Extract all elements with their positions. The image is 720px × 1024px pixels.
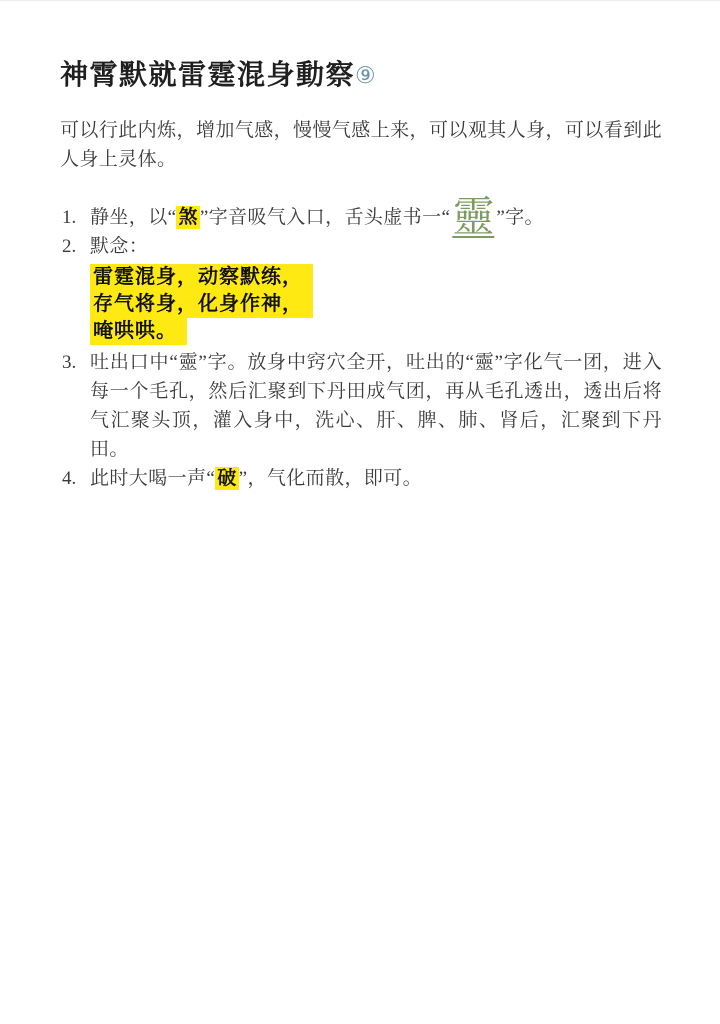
- title-circled-number: ⑨: [355, 63, 376, 88]
- page-title: 神霄默就雷霆混身動察⑨: [0, 1, 720, 95]
- list-item-4-text-post: ”，气化而散，即可。: [239, 468, 422, 489]
- list-item-3-text: 吐出口中“靈”字。放身中窍穴全开，吐出的“靈”字化气一团，进入每一个毛孔，然后汇…: [90, 352, 662, 460]
- list-item-4: 4. 此时大喝一声“破”，气化而散，即可。: [62, 464, 662, 493]
- list-item-1-text-post: ”字。: [496, 207, 544, 228]
- list-item-1-text-mid: ”字音吸气入口，舌头虚书一“: [200, 207, 450, 228]
- chant-line-2-text: 存气将身，化身作神，: [90, 291, 313, 318]
- list-item-1-number: 1.: [62, 203, 76, 232]
- page-title-text: 神霄默就雷霆混身動察: [60, 60, 355, 91]
- document-page: 神霄默就雷霆混身動察⑨ 可以行此内炼，增加气感，慢慢气感上来，可以观其人身，可以…: [0, 0, 720, 1024]
- list-item-2-label: 默念：: [90, 236, 148, 257]
- chant-line-1: 雷霆混身，动察默练，: [90, 263, 662, 290]
- intro-paragraph: 可以行此内炼，增加气感，慢慢气感上来，可以观其人身，可以看到此人身上灵体。: [0, 95, 720, 174]
- chant-line-3-text: 唵哄哄。: [90, 318, 187, 345]
- numbered-list: 1. 静坐，以“煞”字音吸气入口，舌头虚书一“靈”字。 2. 默念： 雷霆混身，…: [0, 174, 720, 493]
- list-item-2-number: 2.: [62, 232, 76, 261]
- chant-line-3: 唵哄哄。: [90, 317, 662, 344]
- highlighted-char-sha: 煞: [176, 206, 199, 229]
- list-item-4-text-pre: 此时大喝一声“: [90, 468, 215, 489]
- chant-line-1-text: 雷霆混身，动察默练，: [90, 264, 313, 291]
- list-item-1: 1. 静坐，以“煞”字音吸气入口，舌头虚书一“靈”字。: [62, 203, 662, 232]
- list-item-2: 2. 默念： 雷霆混身，动察默练， 存气将身，化身作神， 唵哄哄。: [62, 232, 662, 344]
- list-item-3-number: 3.: [62, 348, 76, 377]
- chant-block: 雷霆混身，动察默练， 存气将身，化身作神， 唵哄哄。: [90, 263, 662, 344]
- chant-line-2: 存气将身，化身作神，: [90, 290, 662, 317]
- list-item-4-number: 4.: [62, 464, 76, 493]
- list-item-1-text-pre: 静坐，以“: [90, 207, 176, 228]
- list-item-3: 3. 吐出口中“靈”字。放身中窍穴全开，吐出的“靈”字化气一团，进入每一个毛孔，…: [62, 348, 662, 464]
- highlighted-char-po: 破: [215, 467, 238, 490]
